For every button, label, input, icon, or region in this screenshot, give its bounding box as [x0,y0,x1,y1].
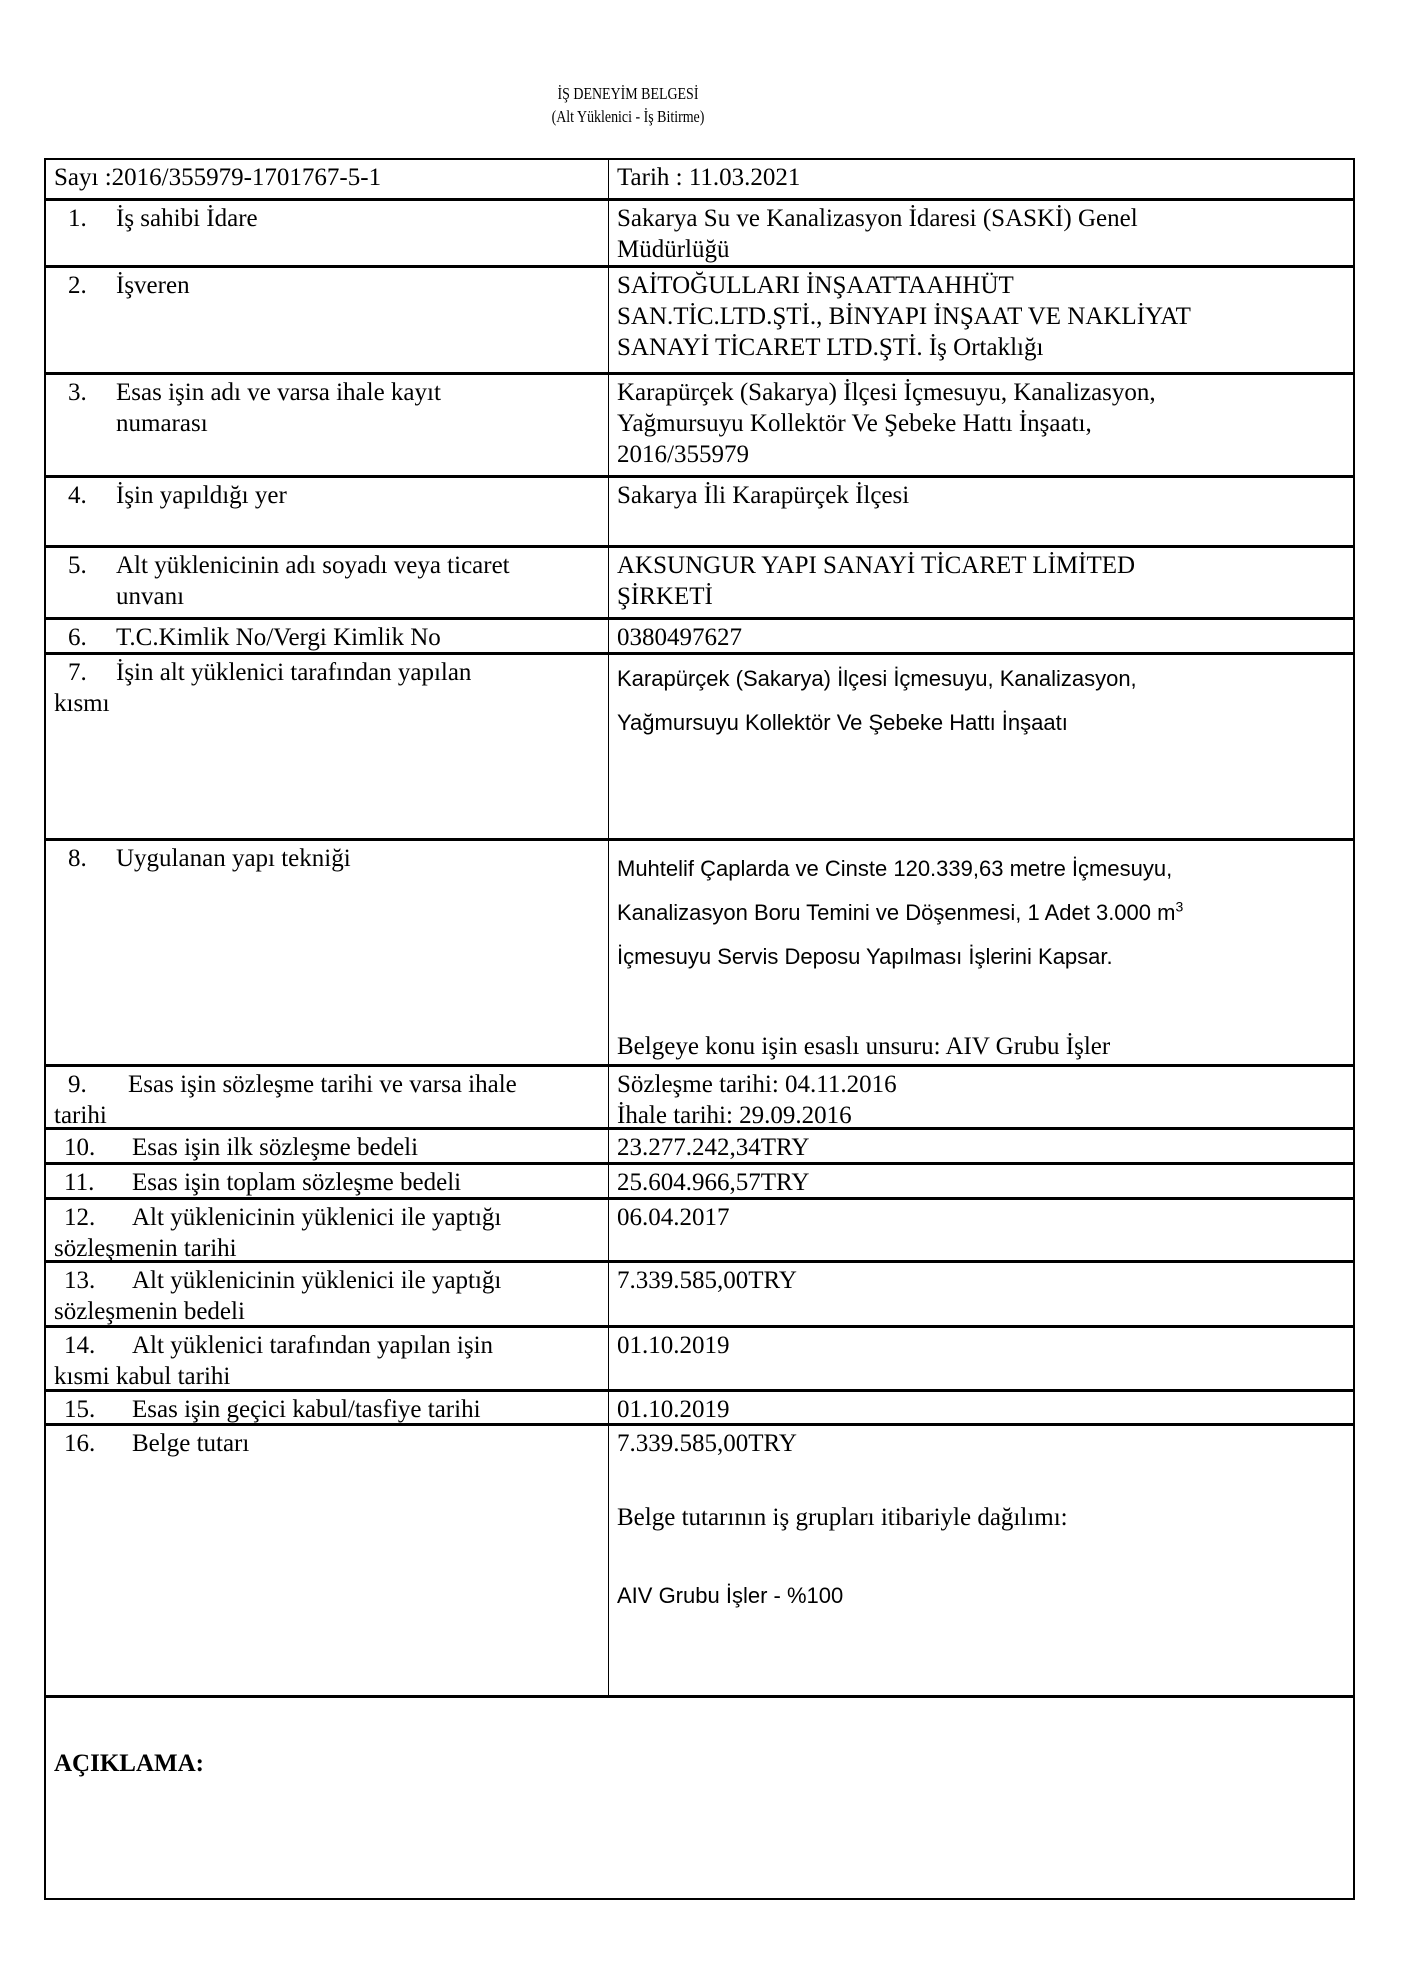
table-row: 2.İşveren SAİTOĞULLARI İNŞAATTAAHHÜT SAN… [46,265,1353,372]
table-row: 6.T.C.Kimlik No/Vergi Kimlik No 03804976… [46,617,1353,652]
sayi-cell: Sayı :2016/355979-1701767-5-1 [46,160,608,200]
table-row: 11.Esas işin toplam sözleşme bedeli 25.6… [46,1162,1353,1197]
row-label-continued: tarihi [54,1100,600,1127]
row-value: Karapürçek (Sakarya) İlçesi İçmesuyu, Ka… [617,377,1345,408]
row-value: 23.277.242,34TRY [617,1132,1345,1162]
row-value: 01.10.2019 [617,1330,1345,1361]
row-value: Sakarya İli Karapürçek İlçesi [617,480,1345,511]
row-value: 01.10.2019 [617,1394,1345,1423]
aciklama-label: AÇIKLAMA: [54,1750,204,1777]
row-number: 15. [54,1394,132,1423]
row-value: 2016/355979 [617,439,1345,470]
row-value: Müdürlüğü [617,234,1345,265]
row-number: 3. [54,377,116,408]
row-label: Alt yüklenicinin yüklenici ile yaptığı [132,1202,501,1233]
distribution-value: AIV Grubu İşler - %100 [617,1580,1345,1611]
table-row: 16.Belge tutarı 7.339.585,00TRY Belge tu… [46,1423,1353,1695]
row-label: Alt yüklenicinin yüklenici ile yaptığı [132,1265,501,1296]
row-value: 7.339.585,00TRY [617,1428,1345,1459]
row-value: 06.04.2017 [617,1202,1345,1233]
row-number: 11. [54,1167,132,1197]
row-number: 1. [54,203,116,234]
row-label-continued: kısmı [54,688,600,719]
row-number: 9. [54,1069,128,1100]
row-number: 2. [54,270,116,301]
sayi-value: Sayı :2016/355979-1701767-5-1 [54,164,381,191]
row-label: Alt yüklenicinin adı soyadı veya ticaret [116,550,510,581]
row-value: 25.604.966,57TRY [617,1167,1345,1197]
row-value: Sözleşme tarihi: 04.11.2016 [617,1069,1345,1100]
row-number: 14. [54,1330,132,1361]
row-value: AKSUNGUR YAPI SANAYİ TİCARET LİMİTED [617,550,1345,581]
row-number: 6. [54,622,116,652]
document-title: İŞ DENEYİM BELGESİ [113,82,1143,105]
row-label: Esas işin geçici kabul/tasfiye tarihi [132,1394,481,1423]
table-row: 13.Alt yüklenicinin yüklenici ile yaptığ… [46,1260,1353,1325]
row-number: 10. [54,1132,132,1162]
table-row: 3.Esas işin adı ve varsa ihale kayıt num… [46,372,1353,475]
distribution-heading: Belge tutarının iş grupları itibariyle d… [617,1502,1345,1533]
row-value: Karapürçek (Sakarya) İlçesi İçmesuyu, Ka… [617,657,1345,701]
row-value: Yağmursuyu Kollektör Ve Şebeke Hattı İnş… [617,408,1345,439]
row-label-continued: sözleşmenin bedeli [54,1296,600,1325]
row-value: 7.339.585,00TRY [617,1265,1345,1296]
table-row: 14.Alt yüklenici tarafından yapılan işin… [46,1325,1353,1389]
row-value: Yağmursuyu Kollektör Ve Şebeke Hattı İnş… [617,701,1345,745]
table-row: 10.Esas işin ilk sözleşme bedeli 23.277.… [46,1127,1353,1162]
table-row: 4.İşin yapıldığı yer Sakarya İli Karapür… [46,475,1353,545]
table-row-header: Sayı :2016/355979-1701767-5-1 Tarih : 11… [46,160,1353,200]
row-label: Esas işin toplam sözleşme bedeli [132,1167,461,1197]
essential-element-note: Belgeye konu işin esaslı unsuru: AIV Gru… [617,1031,1110,1062]
row-label-continued: numarası [54,408,600,439]
row-label: T.C.Kimlik No/Vergi Kimlik No [116,622,441,652]
table-row: 9.Esas işin sözleşme tarihi ve varsa iha… [46,1064,1353,1127]
row-label: İşin yapıldığı yer [116,480,287,511]
row-label-continued: sözleşmenin tarihi [54,1233,600,1260]
row-number: 4. [54,480,116,511]
tarih-cell: Tarih : 11.03.2021 [608,160,1353,200]
row-number: 13. [54,1265,132,1296]
tarih-value: Tarih : 11.03.2021 [617,164,800,191]
row-number: 8. [54,843,116,874]
row-value: Kanalizasyon Boru Temini ve Döşenmesi, 1… [617,900,1175,925]
row-label: Esas işin adı ve varsa ihale kayıt [116,377,441,408]
table-row: 7.İşin alt yüklenici tarafından yapılan … [46,652,1353,838]
document-header: İŞ DENEYİM BELGESİ (Alt Yüklenici - İş B… [113,82,1143,128]
row-value: SAİTOĞULLARI İNŞAATTAAHHÜT [617,270,1345,301]
row-number: 12. [54,1202,132,1233]
experience-certificate-table: Sayı :2016/355979-1701767-5-1 Tarih : 11… [44,158,1355,1900]
row-number: 7. [54,657,116,688]
row-label: Alt yüklenici tarafından yapılan işin [132,1330,493,1361]
aciklama-section: AÇIKLAMA: [46,1695,1353,1898]
table-row: 12.Alt yüklenicinin yüklenici ile yaptığ… [46,1197,1353,1260]
row-value: 0380497627 [617,622,1345,652]
table-row: 1.İş sahibi İdare Sakarya Su ve Kanaliza… [46,198,1353,265]
table-row: 5.Alt yüklenicinin adı soyadı veya ticar… [46,545,1353,617]
row-label: Esas işin ilk sözleşme bedeli [132,1132,418,1162]
document-subtitle: (Alt Yüklenici - İş Bitirme) [113,105,1143,128]
table-row: 15.Esas işin geçici kabul/tasfiye tarihi… [46,1389,1353,1423]
row-label: Uygulanan yapı tekniği [116,843,351,874]
row-label: İşveren [116,270,190,301]
row-value: İçmesuyu Servis Deposu Yapılması İşlerin… [617,935,1345,979]
row-label: Belge tutarı [132,1428,249,1459]
row-label-continued: unvanı [54,581,600,612]
row-label: İş sahibi İdare [116,203,258,234]
row-value: SAN.TİC.LTD.ŞTİ., BİNYAPI İNŞAAT VE NAKL… [617,301,1345,332]
row-label: İşin alt yüklenici tarafından yapılan [116,657,471,688]
row-value: SANAYİ TİCARET LTD.ŞTİ. İş Ortaklığı [617,332,1345,363]
row-label: Esas işin sözleşme tarihi ve varsa ihale [128,1069,517,1100]
row-value: Muhtelif Çaplarda ve Cinste 120.339,63 m… [617,847,1345,891]
row-number: 5. [54,550,116,581]
row-label-continued: kısmi kabul tarihi [54,1361,600,1389]
superscript-cubed: 3 [1175,899,1183,915]
row-value: Sakarya Su ve Kanalizasyon İdaresi (SASK… [617,203,1345,234]
table-row: 8.Uygulanan yapı tekniği Muhtelif Çaplar… [46,838,1353,1064]
row-value: İhale tarihi: 29.09.2016 [617,1100,1345,1127]
row-value: ŞİRKETİ [617,581,1345,612]
row-number: 16. [54,1428,132,1459]
